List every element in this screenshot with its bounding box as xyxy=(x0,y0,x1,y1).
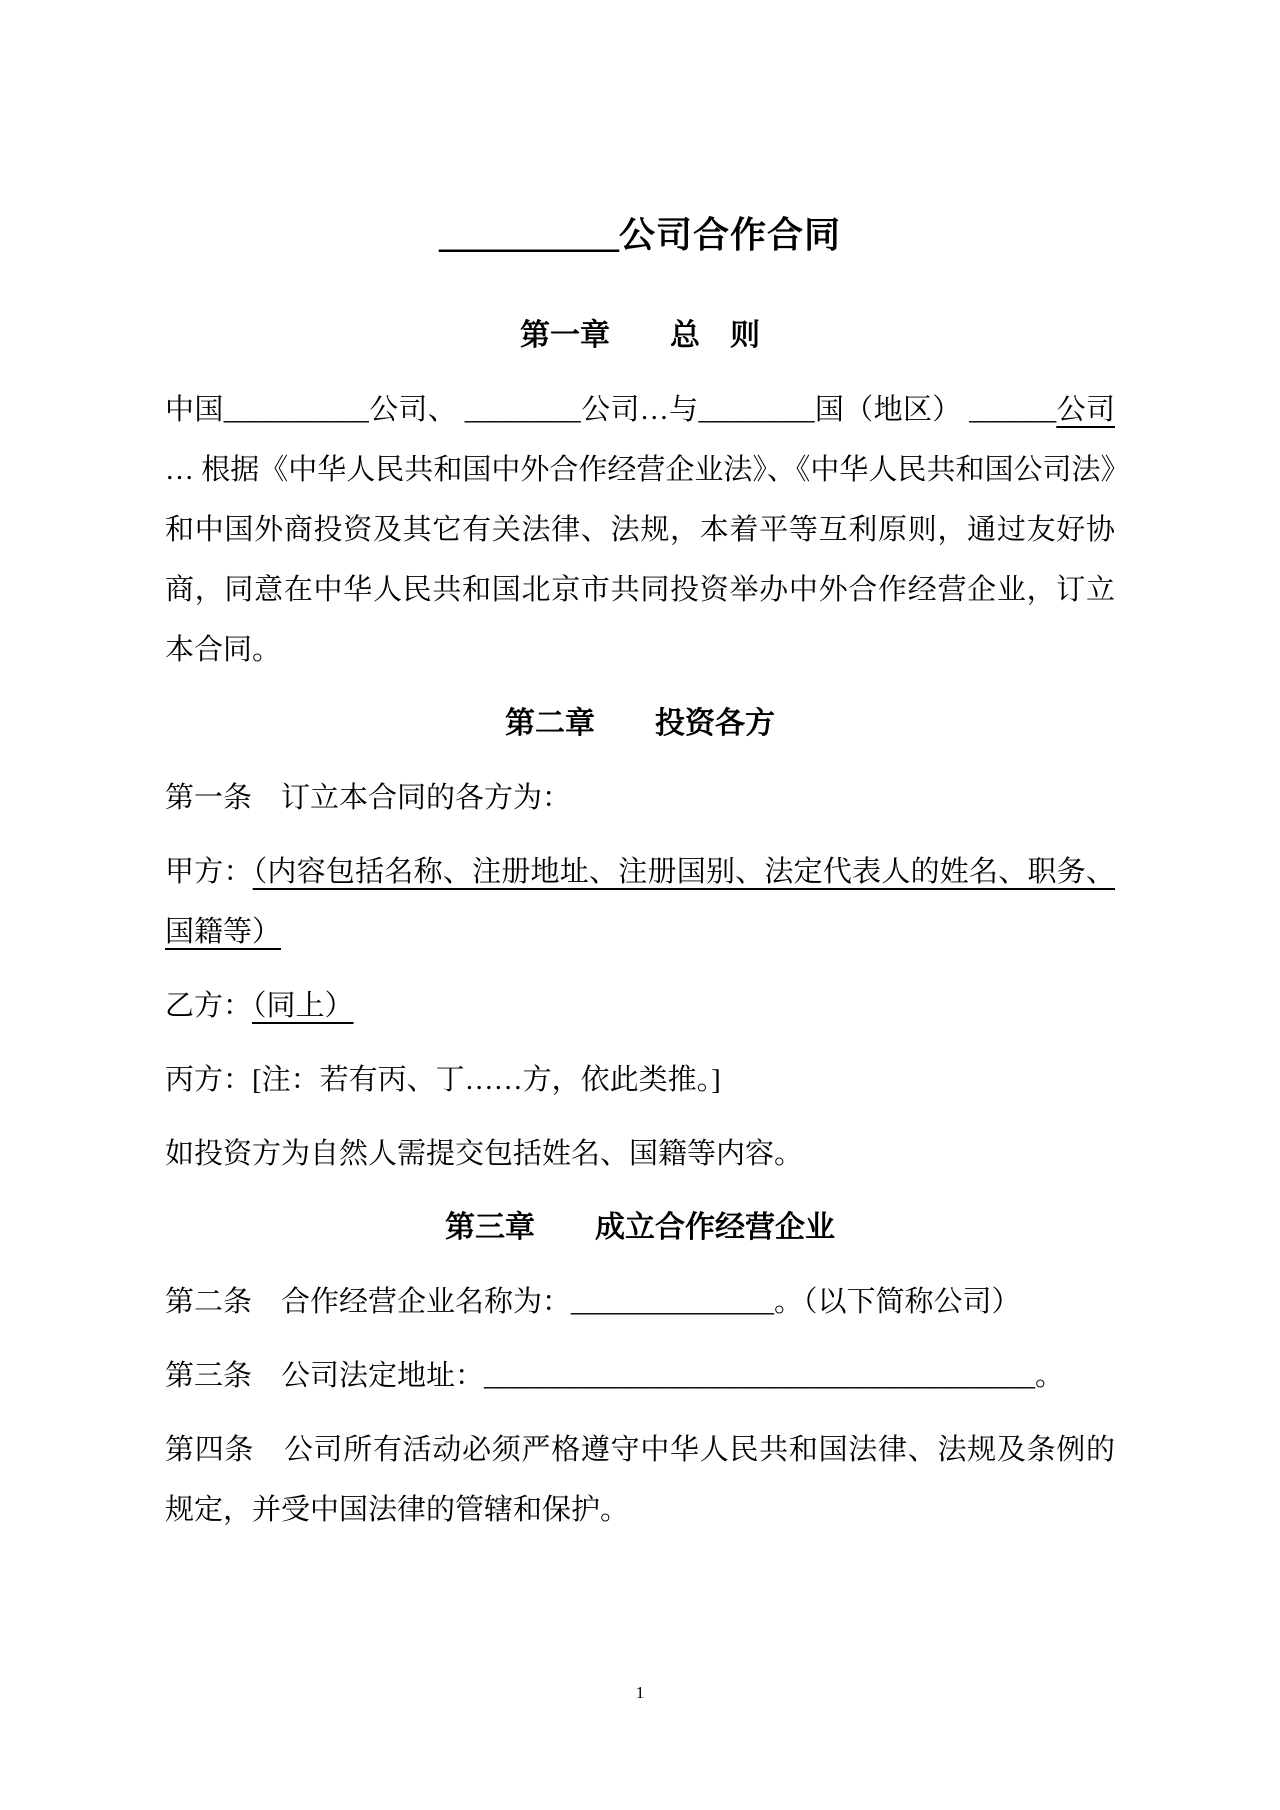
blank-field: ______________________________________ xyxy=(484,1360,1035,1392)
preamble-paragraph: 中国__________公司、 ________公司…与________国（地区… xyxy=(165,380,1115,680)
blank-field: ______ xyxy=(969,394,1056,426)
chapter-1-heading: 第一章 总 则 xyxy=(165,306,1115,366)
party-a-label: 甲方： xyxy=(165,856,253,888)
party-b-label: 乙方： xyxy=(165,990,252,1022)
underlined-text: （内容包括名称、注册地址、注册国别、法定代表人的姓名、职务、国籍等） xyxy=(165,856,1115,948)
party-a-paragraph: 甲方：（内容包括名称、注册地址、注册国别、法定代表人的姓名、职务、国籍等） xyxy=(165,842,1115,962)
blank-field: ______________ xyxy=(571,1286,774,1318)
text-run: 。 xyxy=(1035,1360,1064,1392)
article-4-paragraph: 第四条 公司所有活动必须严格遵守中华人民共和国法律、法规及条例的规定，并受中国法… xyxy=(165,1420,1115,1540)
text-run: … 根据《中华人民共和国中外合作经营企业法》、《中华人民共和国公司法》和中国外商… xyxy=(165,454,1115,666)
text-run: 国（地区） xyxy=(815,394,970,426)
article-2-paragraph: 第二条 合作经营企业名称为：______________。（以下简称公司） xyxy=(165,1272,1115,1332)
text-run: 公司、 xyxy=(369,394,465,426)
blank-field: __________ xyxy=(224,394,369,426)
chapter-3-heading: 第三章 成立合作经营企业 xyxy=(165,1198,1115,1258)
title-blank-field: __________ xyxy=(439,215,619,255)
page-number: 1 xyxy=(0,1682,1280,1704)
blank-field: ________ xyxy=(699,394,815,426)
contract-document-page: __________公司合作合同 第一章 总 则 中国__________公司、… xyxy=(0,0,1280,1810)
blank-field: ________ xyxy=(465,394,581,426)
natural-person-note-paragraph: 如投资方为自然人需提交包括姓名、国籍等内容。 xyxy=(165,1124,1115,1184)
text-run: 第三条 公司法定地址： xyxy=(165,1360,484,1392)
text-run: 公司…与 xyxy=(581,394,699,426)
text-run: 中国 xyxy=(165,394,224,426)
underlined-text: 公司 xyxy=(1056,394,1115,426)
text-run: 第二条 合作经营企业名称为： xyxy=(165,1286,571,1318)
title-text: 公司合作合同 xyxy=(619,215,841,255)
chapter-2-heading: 第二章 投资各方 xyxy=(165,694,1115,754)
document-content: __________公司合作合同 第一章 总 则 中国__________公司、… xyxy=(0,0,1280,1540)
text-run: 。（以下简称公司） xyxy=(774,1286,1021,1318)
party-b-paragraph: 乙方：（同上） xyxy=(165,976,1115,1036)
underlined-text: （同上） xyxy=(252,990,354,1022)
party-c-paragraph: 丙方：[注：若有丙、丁……方，依此类推。] xyxy=(165,1050,1115,1110)
article-1-paragraph: 第一条 订立本合同的各方为： xyxy=(165,768,1115,828)
document-title: __________公司合作合同 xyxy=(165,200,1115,270)
article-3-paragraph: 第三条 公司法定地址：_____________________________… xyxy=(165,1346,1115,1406)
